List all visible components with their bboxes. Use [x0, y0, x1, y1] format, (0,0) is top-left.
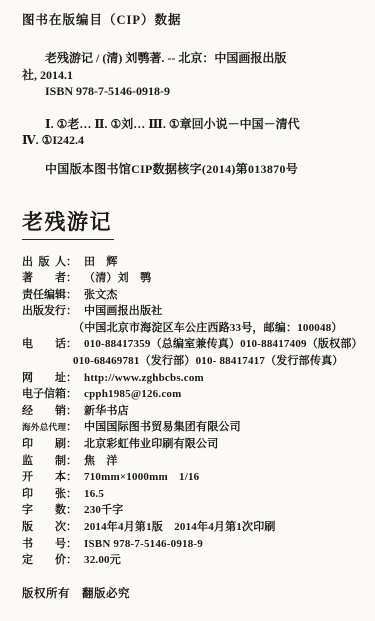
colophon-row-phone: 电话：010-88417359（总编室兼传真）010-88417409（版权部）: [22, 335, 357, 352]
row-value: 010-68469781（发行部）010- 88417417（发行部传真）: [73, 352, 343, 368]
row-label: 出版人: [22, 253, 66, 269]
colophon-row-email: 电子信箱：cpph1985@126.com: [22, 385, 357, 402]
row-value: 焦 洋: [84, 452, 118, 468]
row-colon: ：: [66, 518, 77, 534]
colophon-row-edition: 版次：2014年4月第1版 2014年4月第1次印刷: [22, 518, 357, 535]
row-colon: ：: [66, 335, 77, 351]
row-label: 监制: [22, 452, 66, 468]
row-colon: ：: [66, 269, 77, 285]
row-label: 版次: [22, 518, 66, 534]
row-value: http://www.zghbcbs.com: [84, 372, 204, 384]
row-colon: ：: [66, 452, 77, 468]
row-colon: ：: [66, 369, 77, 385]
row-colon: ：: [66, 551, 77, 567]
row-value: 010-88417359（总编室兼传真）010-88417409（版权部）: [84, 335, 363, 351]
row-value: 32.00元: [84, 551, 121, 567]
colophon-row-format: 开本：710mm×1000mm 1/16: [22, 468, 357, 485]
row-value: 北京彩虹伟业印刷有限公司: [84, 435, 218, 451]
row-colon: ：: [66, 485, 77, 501]
cip-class-line: Ⅳ. ①I242.4: [22, 132, 357, 149]
row-value: 新华书店: [84, 402, 129, 418]
row-label: 经销: [22, 402, 66, 418]
row-colon: ：: [66, 385, 77, 401]
colophon-row-website: 网址：http://www.zghbcbs.com: [22, 369, 357, 386]
colophon-row-sheets: 印张：16.5: [22, 485, 357, 502]
row-value: cpph1985@126.com: [84, 388, 181, 400]
row-value: （中国北京市海淀区车公庄西路33号，邮编：100048）: [73, 319, 343, 335]
row-colon: ：: [66, 435, 77, 451]
book-title: 老残游记: [22, 210, 114, 240]
row-label: 印张: [22, 485, 66, 501]
colophon-row-editor: 责任编辑：张文杰: [22, 286, 357, 303]
row-value: ISBN 978-7-5146-0918-9: [84, 538, 203, 550]
row-value: 张文杰: [84, 286, 118, 302]
cip-isbn-line: ISBN 978-7-5146-0918-9: [22, 83, 357, 100]
row-value: 2014年4月第1版 2014年4月第1次印刷: [84, 518, 276, 534]
row-value: 16.5: [84, 488, 104, 500]
row-colon: ：: [66, 302, 77, 318]
row-label: 责任编辑: [22, 286, 66, 302]
row-label: 字数: [22, 501, 66, 517]
colophon-row-publisher-person: 出版人：田 辉: [22, 253, 357, 270]
row-label: 海外总代理: [22, 421, 66, 433]
colophon-row-wordcount: 字数：230千字: [22, 501, 357, 518]
colophon-row-supervisor: 监制：焦 洋: [22, 452, 357, 469]
row-colon: ：: [66, 253, 77, 269]
colophon-row-overseas-agent: 海外总代理：中国国际图书贸易集团有限公司: [22, 418, 357, 435]
cip-registry-number: 中国版本图书馆CIP数据核字(2014)第013870号: [22, 162, 357, 177]
colophon-row-printer: 印刷：北京彩虹伟业印刷有限公司: [22, 435, 357, 452]
row-colon: ：: [66, 468, 77, 484]
colophon-row-address: （中国北京市海淀区车公庄西路33号，邮编：100048）: [22, 319, 357, 336]
row-label: 开本: [22, 468, 66, 484]
row-value: 230千字: [84, 501, 124, 517]
row-colon: ：: [66, 402, 77, 418]
copyright-notice: 版权所有 翻版必究: [22, 585, 357, 601]
cip-class-line: Ⅰ. ①老… Ⅱ. ①刘… Ⅲ. ①章回小说－中国－清代: [22, 116, 357, 133]
colophon-row-price: 定价：32.00元: [22, 551, 357, 568]
row-label: 著者: [22, 269, 66, 285]
cip-entry-line: 社, 2014.1: [22, 67, 357, 84]
colophon-row-phone2: 010-68469781（发行部）010- 88417417（发行部传真）: [22, 352, 357, 369]
row-label: 定价: [22, 551, 66, 567]
colophon-row-distributor: 经销：新华书店: [22, 402, 357, 419]
row-value: 中国国际图书贸易集团有限公司: [84, 418, 241, 434]
row-value: （清）刘 鹗: [84, 269, 151, 285]
row-value: 田 辉: [84, 253, 118, 269]
colophon-row-isbn: 书号：ISBN 978-7-5146-0918-9: [22, 535, 357, 552]
row-colon: ：: [66, 535, 77, 551]
colophon-row-publisher: 出版发行：中国画报出版社: [22, 302, 357, 319]
cip-entry-line: 老残游记 / (清) 刘鹗著. -- 北京：中国画报出版: [22, 50, 357, 67]
row-label: 印刷: [22, 435, 66, 451]
row-colon: ：: [66, 418, 77, 434]
row-value: 710mm×1000mm 1/16: [84, 468, 199, 484]
row-label: 电话: [22, 335, 66, 351]
row-value: 中国画报出版社: [84, 302, 162, 318]
row-colon: ：: [66, 501, 77, 517]
cip-classification: Ⅰ. ①老… Ⅱ. ①刘… Ⅲ. ①章回小说－中国－清代 Ⅳ. ①I242.4: [22, 116, 357, 149]
row-label: 书号: [22, 535, 66, 551]
cip-heading: 图书在版编目（CIP）数据: [22, 13, 357, 28]
copyright-page: 图书在版编目（CIP）数据 老残游记 / (清) 刘鹗著. -- 北京：中国画报…: [0, 0, 375, 621]
colophon: 出版人：田 辉 著者：（清）刘 鹗 责任编辑：张文杰 出版发行：中国画报出版社 …: [22, 253, 357, 568]
row-label: 出版发行: [22, 302, 66, 318]
cip-catalog-entry: 老残游记 / (清) 刘鹗著. -- 北京：中国画报出版 社, 2014.1 I…: [22, 50, 357, 100]
row-colon: ：: [66, 286, 77, 302]
row-label: 网址: [22, 369, 66, 385]
colophon-row-author: 著者：（清）刘 鹗: [22, 269, 357, 286]
row-label: 电子信箱: [22, 385, 66, 401]
